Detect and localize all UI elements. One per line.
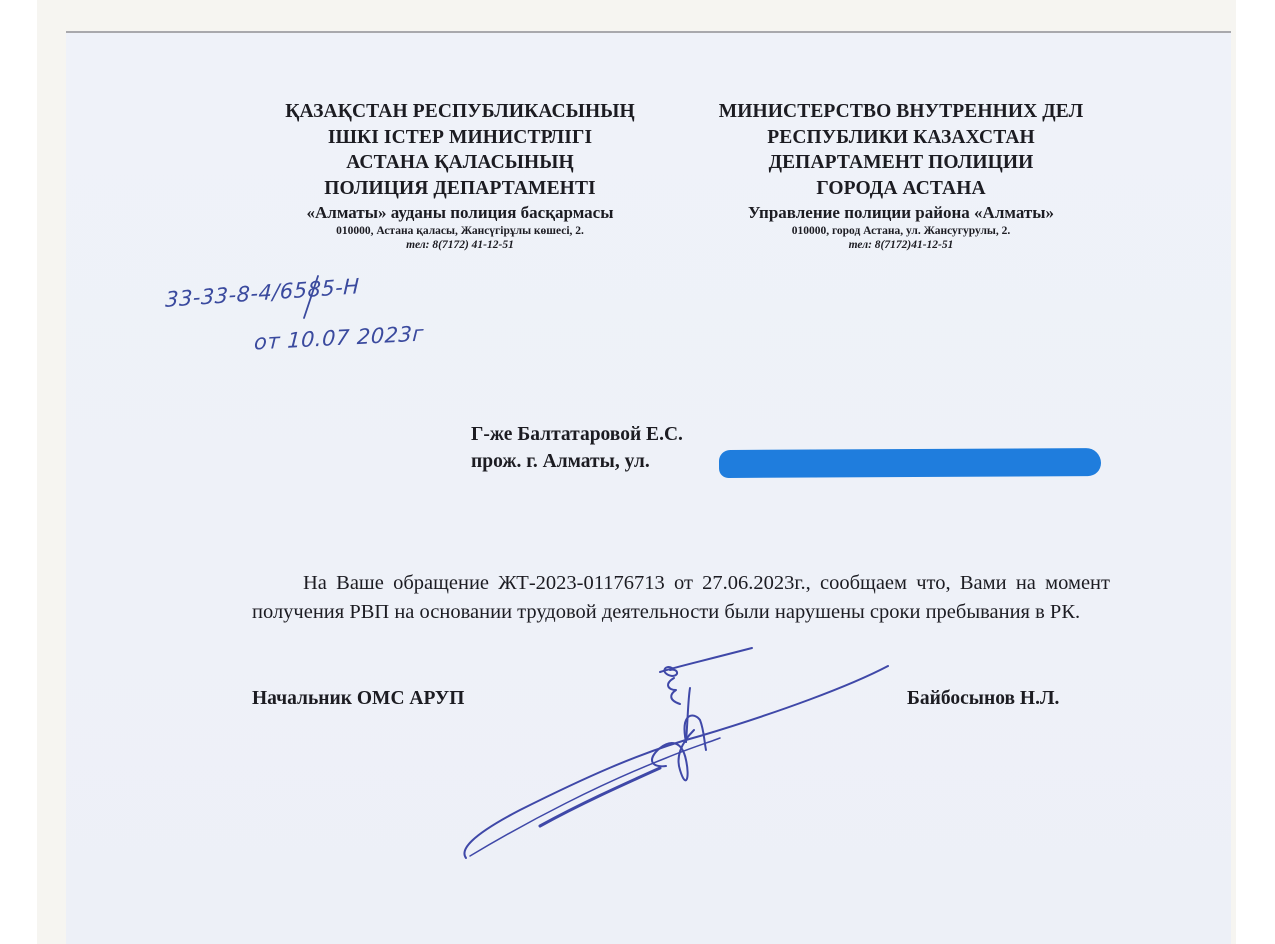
reference-slash-icon: [304, 276, 318, 318]
signature-icon: [464, 648, 888, 858]
handwritten-ink-layer: [0, 0, 1275, 944]
